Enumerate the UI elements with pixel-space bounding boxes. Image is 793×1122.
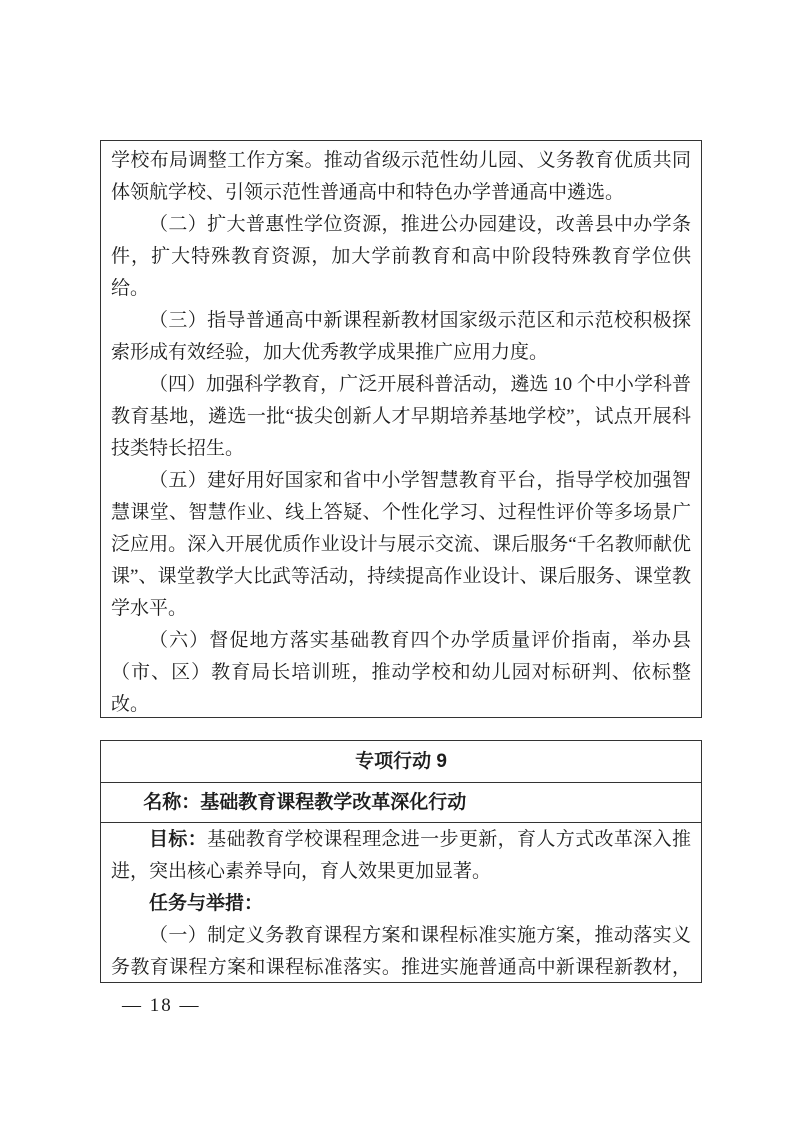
- continuation-table-cell: 学校布局调整工作方案。推动省级示范性幼儿园、义务教育优质共同体领航学校、引领示范…: [100, 140, 702, 718]
- task-text: （一）制定义务教育课程方案和课程标准实施方案，推动落实义务教育课程方案和课程标准…: [111, 925, 691, 981]
- paragraph: （二）扩大普惠性学位资源，推进公办园建设，改善县中办学条件，扩大特殊教育资源，加…: [111, 209, 691, 305]
- tasks-heading: 任务与举措：: [111, 888, 691, 920]
- paragraph-text: （三）指导普通高中新课程新教材国家级示范区和示范校积极探索形成有效经验，加大优秀…: [111, 310, 691, 363]
- paragraph: 学校布局调整工作方案。推动省级示范性幼儿园、义务教育优质共同体领航学校、引领示范…: [111, 145, 691, 209]
- special-action-table: 专项行动 9 名称：基础教育课程教学改革深化行动 目标：基础教育学校课程理念进一…: [100, 740, 702, 983]
- goal-label: 目标：: [149, 829, 207, 850]
- paragraph-text: （六）督促地方落实基础教育四个办学质量评价指南，举办县（市、区）教育局长培训班，…: [111, 630, 691, 715]
- paragraph: （三）指导普通高中新课程新教材国家级示范区和示范校积极探索形成有效经验，加大优秀…: [111, 305, 691, 369]
- task-paragraph: （一）制定义务教育课程方案和课程标准实施方案，推动落实义务教育课程方案和课程标准…: [111, 920, 691, 981]
- paragraph-text: （二）扩大普惠性学位资源，推进公办园建设，改善县中办学条件，扩大特殊教育资源，加…: [111, 214, 691, 299]
- action-name-row: 名称：基础教育课程教学改革深化行动: [101, 783, 701, 823]
- paragraph-text: 学校布局调整工作方案。推动省级示范性幼儿园、义务教育优质共同体领航学校、引领示范…: [111, 150, 691, 203]
- page-number: — 18 —: [122, 992, 201, 1020]
- paragraph: （六）督促地方落实基础教育四个办学质量评价指南，举办县（市、区）教育局长培训班，…: [111, 625, 691, 718]
- paragraph: （四）加强科学教育，广泛开展科普活动，遴选 10 个中小学科普教育基地，遴选一批…: [111, 369, 691, 465]
- document-page: 学校布局调整工作方案。推动省级示范性幼儿园、义务教育优质共同体领航学校、引领示范…: [0, 0, 793, 1122]
- paragraph-text: （四）加强科学教育，广泛开展科普活动，遴选 10 个中小学科普教育基地，遴选一批…: [111, 374, 691, 459]
- action-body-cell: 目标：基础教育学校课程理念进一步更新，育人方式改革深入推进，突出核心素养导向，育…: [101, 823, 701, 981]
- paragraph: （五）建好用好国家和省中小学智慧教育平台，指导学校加强智慧课堂、智慧作业、线上答…: [111, 465, 691, 625]
- paragraph-text: （五）建好用好国家和省中小学智慧教育平台，指导学校加强智慧课堂、智慧作业、线上答…: [111, 470, 691, 619]
- goal-paragraph: 目标：基础教育学校课程理念进一步更新，育人方式改革深入推进，突出核心素养导向，育…: [111, 824, 691, 888]
- action-table-header: 专项行动 9: [101, 741, 701, 783]
